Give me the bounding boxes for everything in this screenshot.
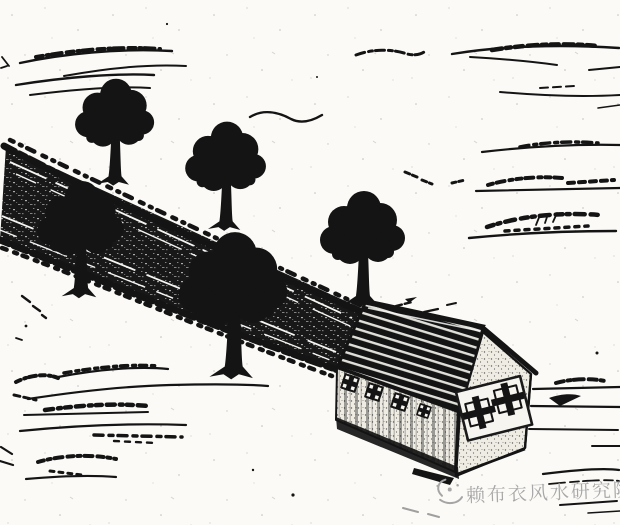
scene-illustration: 赖布衣风水研究院 [0,0,620,525]
illustration-canvas: 赖布衣风水研究院 [0,0,620,525]
